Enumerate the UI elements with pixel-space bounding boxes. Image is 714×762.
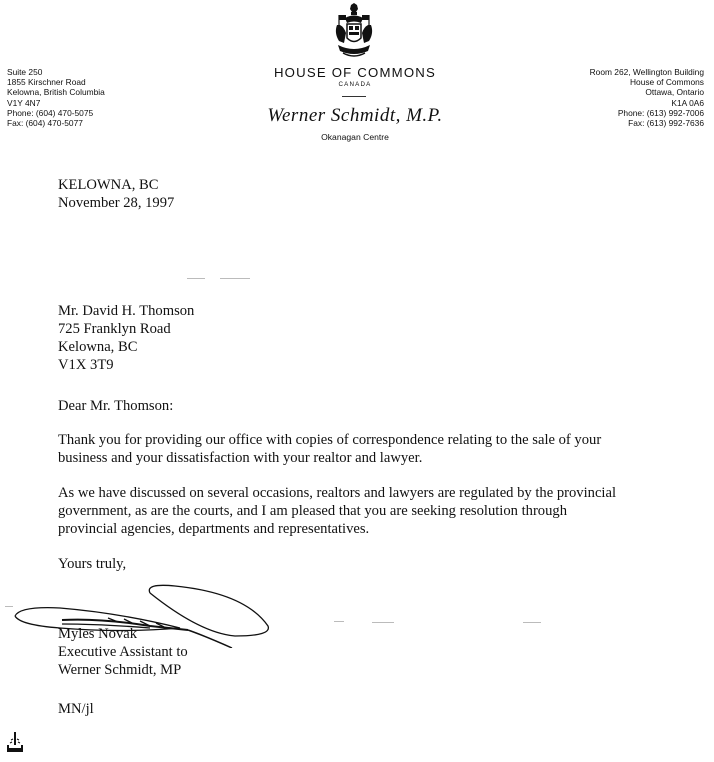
fax-line: Fax: (613) 992-7636 [590, 118, 704, 128]
address-line: Kelowna, British Columbia [7, 87, 105, 97]
country-name: CANADA [230, 81, 480, 88]
paragraph-line: Thank you for providing our office with … [58, 431, 601, 449]
place: KELOWNA, BC [58, 176, 174, 194]
phone-line: Phone: (604) 470-5075 [7, 108, 105, 118]
phone-line: Phone: (613) 992-7006 [590, 108, 704, 118]
recipient-name: Mr. David H. Thomson [58, 302, 194, 320]
body-paragraph: As we have discussed on several occasion… [58, 484, 616, 538]
address-line: House of Commons [590, 77, 704, 87]
paragraph-line: business and your dissatisfaction with y… [58, 449, 601, 467]
scan-artifact [372, 622, 394, 623]
address-line: Suite 250 [7, 67, 105, 77]
address-line: K1A 0A6 [590, 98, 704, 108]
constituency-office-address: Suite 250 1855 Kirschner Road Kelowna, B… [7, 67, 105, 128]
signer-title: Executive Assistant to [58, 643, 188, 661]
signer-name: Myles Novak [58, 625, 188, 643]
union-label-icon [6, 731, 24, 753]
body-paragraph: Thank you for providing our office with … [58, 431, 601, 467]
closing: Yours truly, [58, 555, 126, 573]
paragraph-line: As we have discussed on several occasion… [58, 484, 616, 502]
paragraph-line: provincial agencies, departments and rep… [58, 520, 616, 538]
reference-initials-text: MN/jl [58, 700, 94, 718]
address-line: V1Y 4N7 [7, 98, 105, 108]
salutation: Dear Mr. Thomson: [58, 397, 173, 415]
closing-text: Yours truly, [58, 555, 126, 573]
recipient-address: Mr. David H. Thomson 725 Franklyn Road K… [58, 302, 194, 374]
riding-name: Okanagan Centre [230, 132, 480, 142]
address-line: Room 262, Wellington Building [590, 67, 704, 77]
date: November 28, 1997 [58, 194, 174, 212]
member-name: Werner Schmidt, M.P. [230, 105, 480, 127]
salutation-text: Dear Mr. Thomson: [58, 397, 173, 415]
scan-artifact [5, 606, 13, 607]
scan-artifact [220, 278, 250, 279]
coat-of-arms-icon [331, 3, 377, 61]
recipient-street: 725 Franklyn Road [58, 320, 194, 338]
ottawa-office-address: Room 262, Wellington Building House of C… [590, 67, 704, 128]
fax-line: Fax: (604) 470-5077 [7, 118, 105, 128]
letterhead-divider [342, 96, 366, 97]
recipient-postal-code: V1X 3T9 [58, 356, 194, 374]
address-line: Ottawa, Ontario [590, 87, 704, 97]
institution-name: HOUSE OF COMMONS [230, 65, 480, 80]
signer-block: Myles Novak Executive Assistant to Werne… [58, 625, 188, 679]
address-line: 1855 Kirschner Road [7, 77, 105, 87]
reference-initials: MN/jl [58, 700, 94, 718]
signer-principal: Werner Schmidt, MP [58, 661, 188, 679]
scan-artifact [334, 621, 344, 622]
scan-artifact [187, 278, 205, 279]
recipient-city: Kelowna, BC [58, 338, 194, 356]
scan-artifact [523, 622, 541, 623]
paragraph-line: government, as are the courts, and I am … [58, 502, 616, 520]
place-and-date: KELOWNA, BC November 28, 1997 [58, 176, 174, 212]
